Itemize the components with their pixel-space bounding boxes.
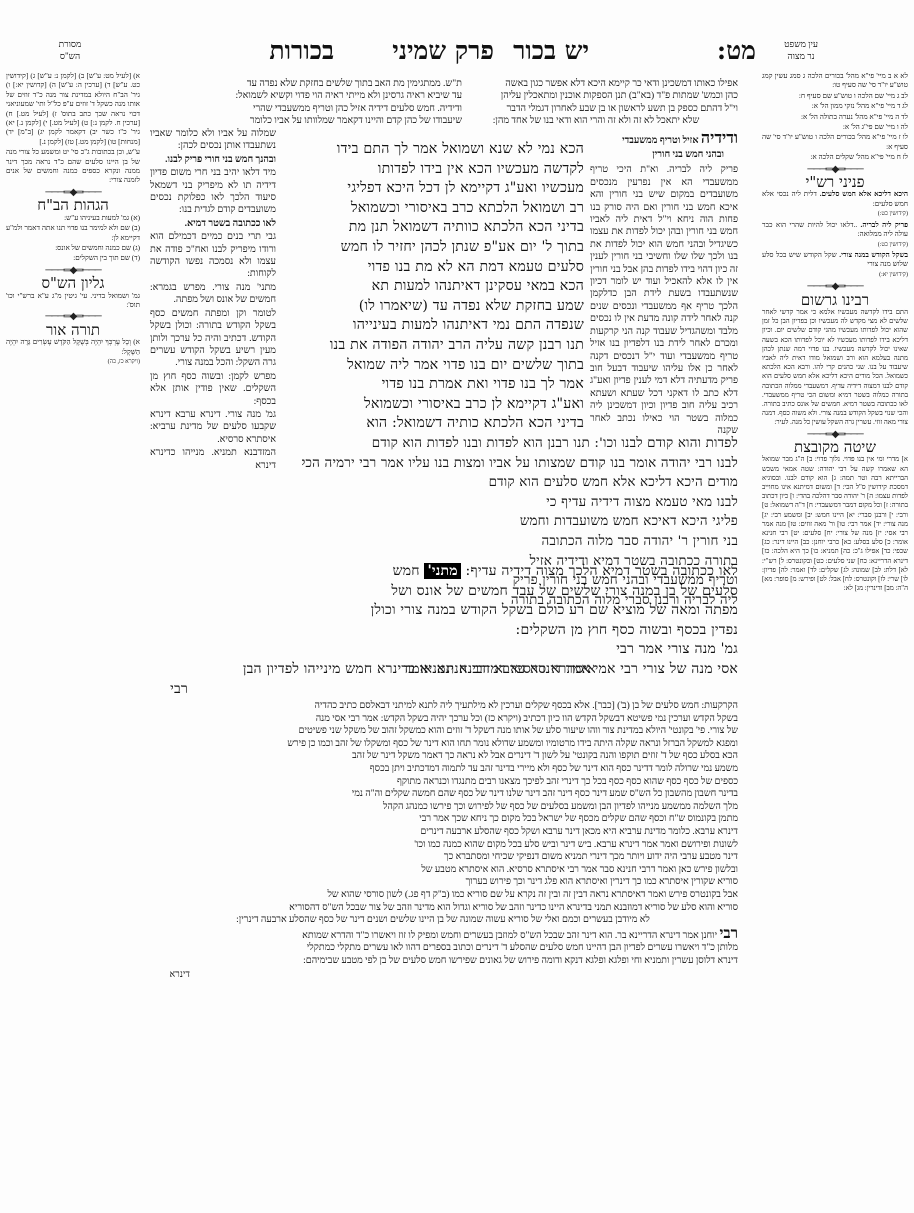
daf-number: מט: (717, 36, 756, 66)
tosafot-top: אפילו כאותו דמשכינן ודאי כר קיימא היכא ד… (454, 78, 738, 128)
perek-name: יש בכור (513, 36, 589, 66)
tosafot-column: ודידיה אזיל וטריף ממשעבדי ובהני חמש בני … (590, 130, 738, 437)
torah-or: תורה אור א) וְכָל עֶרְכְּךָ יִהְיֶה בְּש… (6, 326, 140, 368)
gemara-final-lines: איסתרא סרסיא דמזדבנא תמניא בדינרא חמש מי… (148, 660, 738, 699)
gemara-text: הכא נמי לא שנא ושמואל אמר לך התם בידו לק… (302, 140, 584, 434)
tosafot-body: פריק ליה לבריה. וא"ת היכי טריף ממשעבדי ה… (590, 164, 738, 437)
pnei-rashi: פניני רש"י היכא דליכא אלא חמש סלעים. דלי… (762, 178, 908, 280)
mishna-label: מתני' (424, 563, 460, 579)
gilyon-hashas: גליון הש"ס גמ' ושמואל בדיני. עי' גיטין מ… (6, 279, 140, 310)
rabbeinu-gershom: רבינו גרשום התם בידו לקדשה מעכשיו אלמא כ… (762, 296, 908, 428)
ein-mishpat: לא א ב מיי' פי"א מהל' בכורים הלכה ג סמג … (762, 72, 908, 163)
ein-mishpat-label: עין משפט נר מצוה (766, 38, 836, 62)
perek-number: פרק שמיני (392, 36, 494, 66)
tosafot-dibur-hamatchil: ודידיה אזיל וטריף ממשעבדי (590, 130, 738, 149)
page-header: עין משפט נר מצוה מט: יש בכור פרק שמיני ב… (0, 38, 914, 68)
rashi-column: שמלוה על אביו ולא כלומר שאביו נשתעבדו או… (150, 128, 276, 473)
left-margin: א) [לעיל מט: ע"ש] ב) [לקמן נ: ע"ש] ג) [ק… (6, 72, 140, 368)
bottom-commentary: הקרקעות: חמש סלעים של בן (ב') [כבר]. אלא… (148, 700, 738, 982)
hagahot-habach: הגהות הב"ח (א) גמ' למעות בעיניהו ע"ש: (ב… (6, 201, 140, 263)
rashi-top: ת"ש. ממתגימין מת האב בתוך שלשים בחזקת של… (150, 78, 462, 128)
tractate-name: בכורות (269, 36, 334, 66)
masoret-hashas: א) [לעיל מט: ע"ש] ב) [לקמן נ: ע"ש] ג) [ק… (6, 72, 140, 147)
shita-mekubetzet: שיטה מקובצת א] מדרי ומי אין בנו פדוי. נל… (762, 443, 908, 593)
masoret-label: מסורת הש"ס (40, 38, 100, 62)
right-margin: לא א ב מיי' פי"א מהל' בכורים הלכה ג סמג … (762, 72, 908, 594)
